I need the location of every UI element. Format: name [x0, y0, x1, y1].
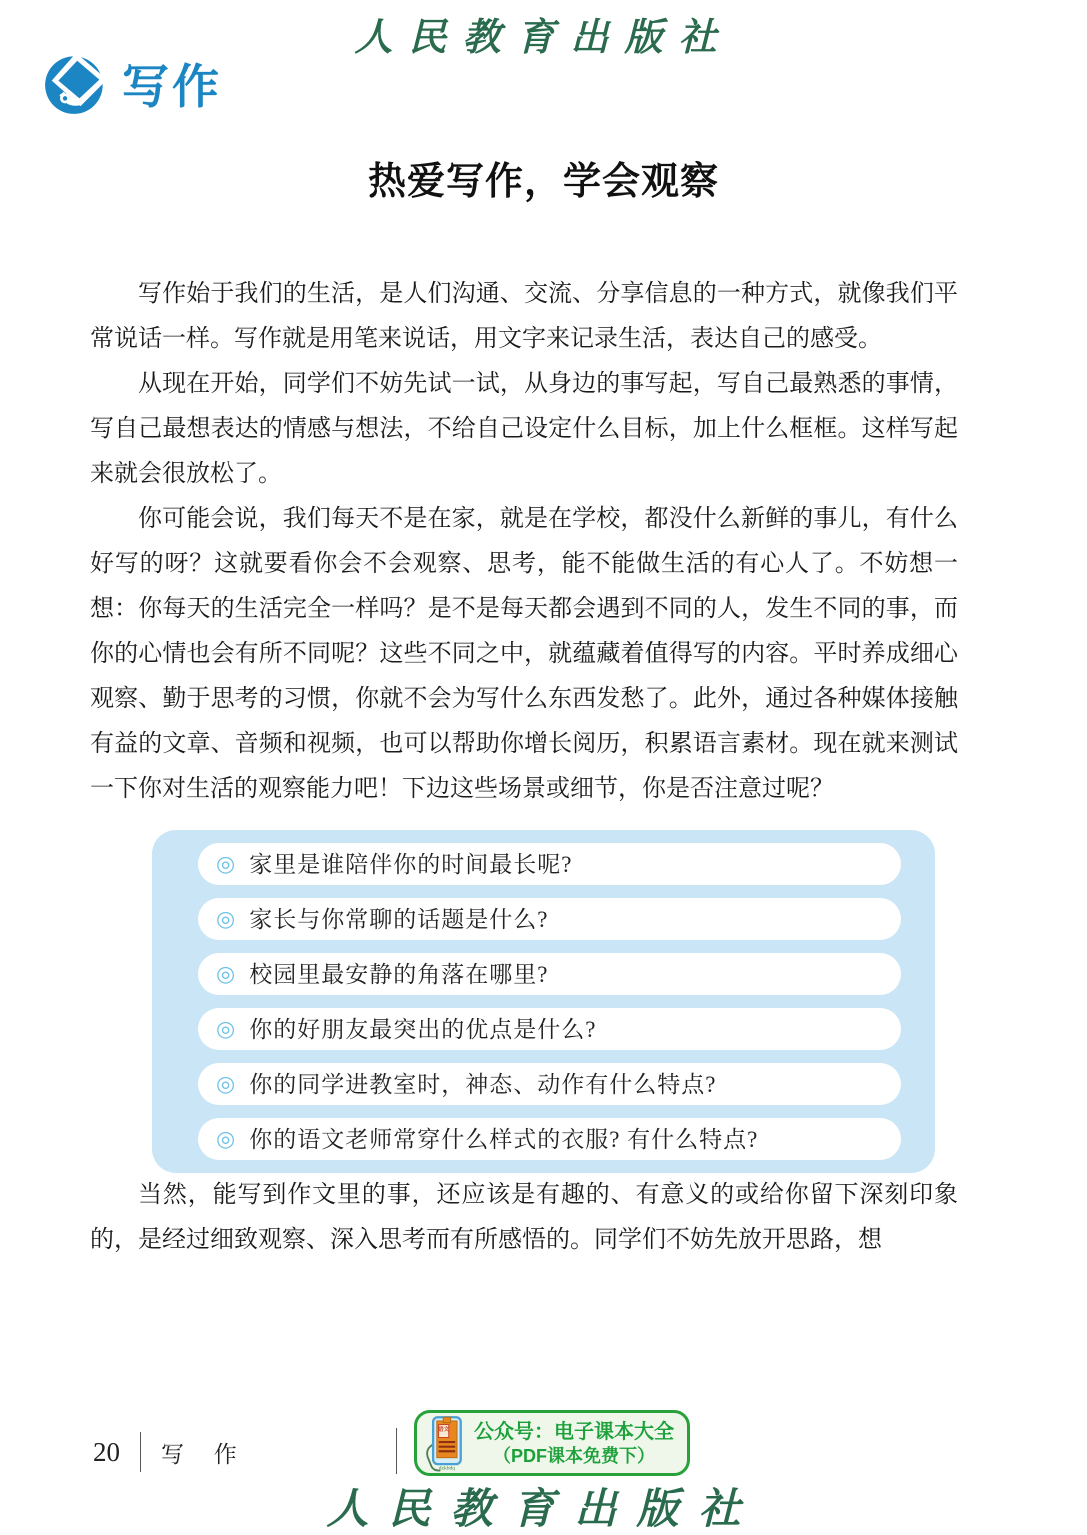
- body-paragraph: 当然，能写到作文里的事，还应该是有趣的、有意义的或给你留下深刻印象的，是经过细致…: [90, 1173, 958, 1263]
- question-box: ◎ 家里是谁陪伴你的时间最长呢? ◎ 家长与你常聊的话题是什么? ◎ 校园里最安…: [152, 830, 935, 1173]
- double-circle-bullet-icon: ◎: [216, 853, 235, 875]
- book-label: 语文: [438, 1425, 450, 1433]
- question-pill: ◎ 家里是谁陪伴你的时间最长呢?: [198, 843, 901, 885]
- badge-line1: 公众号：电子课本大全: [469, 1420, 679, 1445]
- question-text: 家里是谁陪伴你的时间最长呢?: [249, 842, 572, 887]
- double-circle-bullet-icon: ◎: [216, 908, 235, 930]
- double-circle-bullet-icon: ◎: [216, 1018, 235, 1040]
- question-text: 你的同学进教室时，神态、动作有什么特点?: [249, 1062, 716, 1107]
- phone-book-icon: 语文 dzkbdq: [423, 1414, 469, 1472]
- body-paragraph: 从现在开始，同学们不妨先试一试，从身边的事写起，写自己最熟悉的事情，写自己最想表…: [90, 362, 958, 497]
- question-pill: ◎ 校园里最安静的角落在哪里?: [198, 953, 901, 995]
- question-pill: ◎ 你的好朋友最突出的优点是什么?: [198, 1008, 901, 1050]
- footer-divider: [396, 1428, 397, 1474]
- badge-caption: dzkbdq: [439, 1466, 455, 1472]
- question-text: 家长与你常聊的话题是什么?: [249, 897, 548, 942]
- question-pill: ◎ 你的语文老师常穿什么样式的衣服? 有什么特点?: [198, 1118, 901, 1160]
- footer-divider: [140, 1432, 141, 1472]
- writing-pen-icon: [44, 53, 106, 115]
- badge-text: 公众号：电子课本大全 （PDF课本免费下）: [469, 1420, 679, 1467]
- body-paragraph: 你可能会说，我们每天不是在家，就是在学校，都没什么新鲜的事儿，有什么好写的呀？这…: [90, 497, 958, 812]
- double-circle-bullet-icon: ◎: [216, 963, 235, 985]
- publisher-calligraphy-bottom: 人民教育出版社: [0, 1476, 1087, 1535]
- question-text: 你的好朋友最突出的优点是什么?: [249, 1007, 596, 1052]
- page-title: 热爱写作，学会观察: [0, 150, 1087, 205]
- wechat-promo-badge: 语文 dzkbdq 公众号：电子课本大全 （PDF课本免费下）: [414, 1410, 690, 1476]
- textbook-page: 人民教育出版社 写作 热爱写作，学会观察 写作始于我们的生活，是人们沟通、交流、…: [0, 0, 1087, 1535]
- question-text: 你的语文老师常穿什么样式的衣服? 有什么特点?: [249, 1117, 758, 1162]
- double-circle-bullet-icon: ◎: [216, 1128, 235, 1150]
- section-header: 写作: [44, 50, 222, 117]
- section-label: 写作: [122, 50, 222, 117]
- body-paragraph: 写作始于我们的生活，是人们沟通、交流、分享信息的一种方式，就像我们平常说话一样。…: [90, 272, 958, 362]
- question-text: 校园里最安静的角落在哪里?: [249, 952, 548, 997]
- double-circle-bullet-icon: ◎: [216, 1073, 235, 1095]
- question-pill: ◎ 你的同学进教室时，神态、动作有什么特点?: [198, 1063, 901, 1105]
- footer-section-label: 写 作: [161, 1436, 249, 1469]
- footer-left: 20 写 作: [93, 1430, 249, 1474]
- badge-line2: （PDF课本免费下）: [469, 1445, 679, 1467]
- page-number: 20: [93, 1437, 120, 1468]
- question-pill: ◎ 家长与你常聊的话题是什么?: [198, 898, 901, 940]
- lesson-text: 写作始于我们的生活，是人们沟通、交流、分享信息的一种方式，就像我们平常说话一样。…: [90, 272, 958, 1263]
